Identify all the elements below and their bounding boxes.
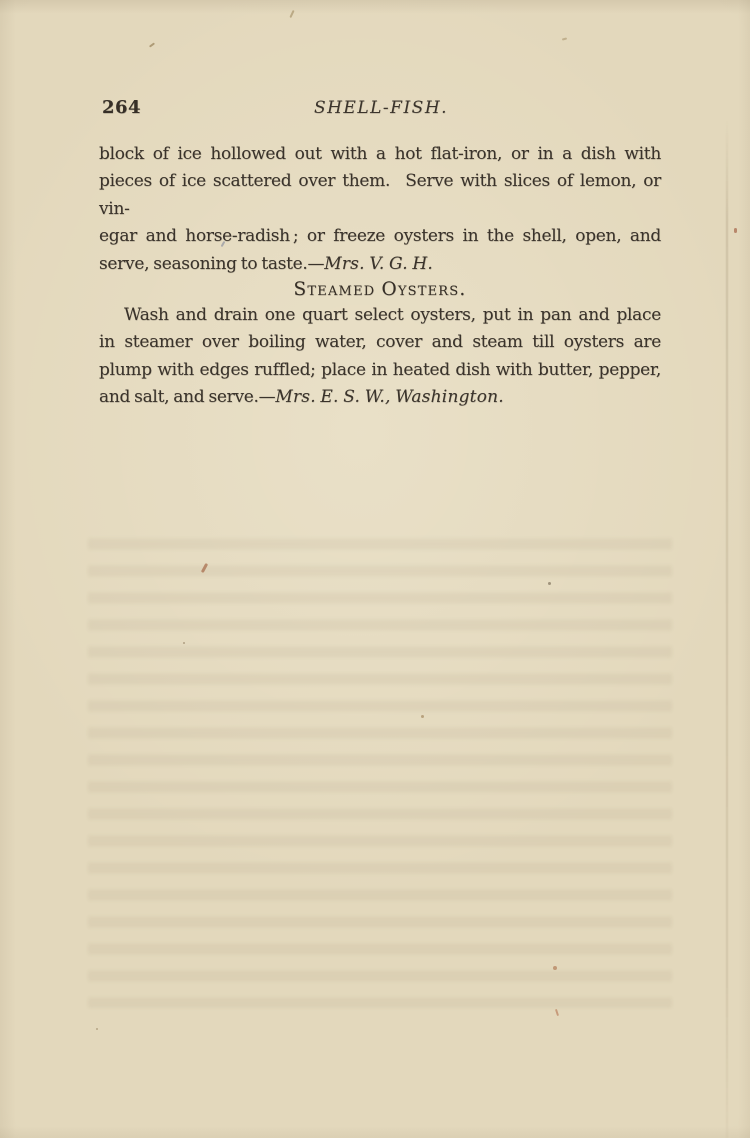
paragraph2-line-text: and salt, and serve.— <box>99 387 275 407</box>
paragraph1-line: pieces of ice scattered over them. Serve… <box>99 168 661 223</box>
paragraph1-line: block of ice hollowed out with a hot fla… <box>99 141 661 168</box>
paper-fiber-speck <box>289 10 294 18</box>
paragraph2-attribution: Mrs. E. S. W., Washington. <box>275 387 504 407</box>
paragraph2-line: in steamer over boiling water, cover and… <box>99 329 661 356</box>
scan-crease-line <box>726 120 728 1138</box>
recipe-heading: Steamed Oysters. <box>99 278 661 302</box>
paragraph2-line: plump with edges ruffled; place in heate… <box>99 357 661 384</box>
paper-fiber-speck <box>96 1028 98 1030</box>
show-through-text <box>88 530 672 1008</box>
paragraph1-line: egar and horse-radish ; or freeze oyster… <box>99 223 661 250</box>
paragraph2-line: and salt, and serve.—Mrs. E. S. W., Wash… <box>99 384 661 411</box>
paragraph1-line: serve, seasoning to taste.—Mrs. V. G. H. <box>99 251 661 278</box>
foxing-speck <box>555 1009 559 1016</box>
paper-fiber-speck <box>183 642 185 644</box>
paragraph1-line-text: serve, seasoning to taste.— <box>99 254 324 274</box>
paragraph1-attribution: Mrs. V. G. H. <box>324 254 433 274</box>
paper-fiber-speck <box>548 582 551 585</box>
scanned-book-page: 264 SHELL-FISH. block of ice hollowed ou… <box>0 0 750 1138</box>
running-title: SHELL-FISH. <box>100 98 662 118</box>
foxing-speck <box>734 228 737 233</box>
foxing-speck <box>421 715 424 718</box>
page-header: 264 SHELL-FISH. <box>100 97 662 121</box>
paper-fiber-speck <box>562 37 567 40</box>
foxing-speck <box>553 966 557 970</box>
paper-fiber-speck <box>149 42 155 47</box>
text-block: block of ice hollowed out with a hot fla… <box>99 141 661 412</box>
paragraph2-line: Wash and drain one quart select oysters,… <box>99 302 661 329</box>
